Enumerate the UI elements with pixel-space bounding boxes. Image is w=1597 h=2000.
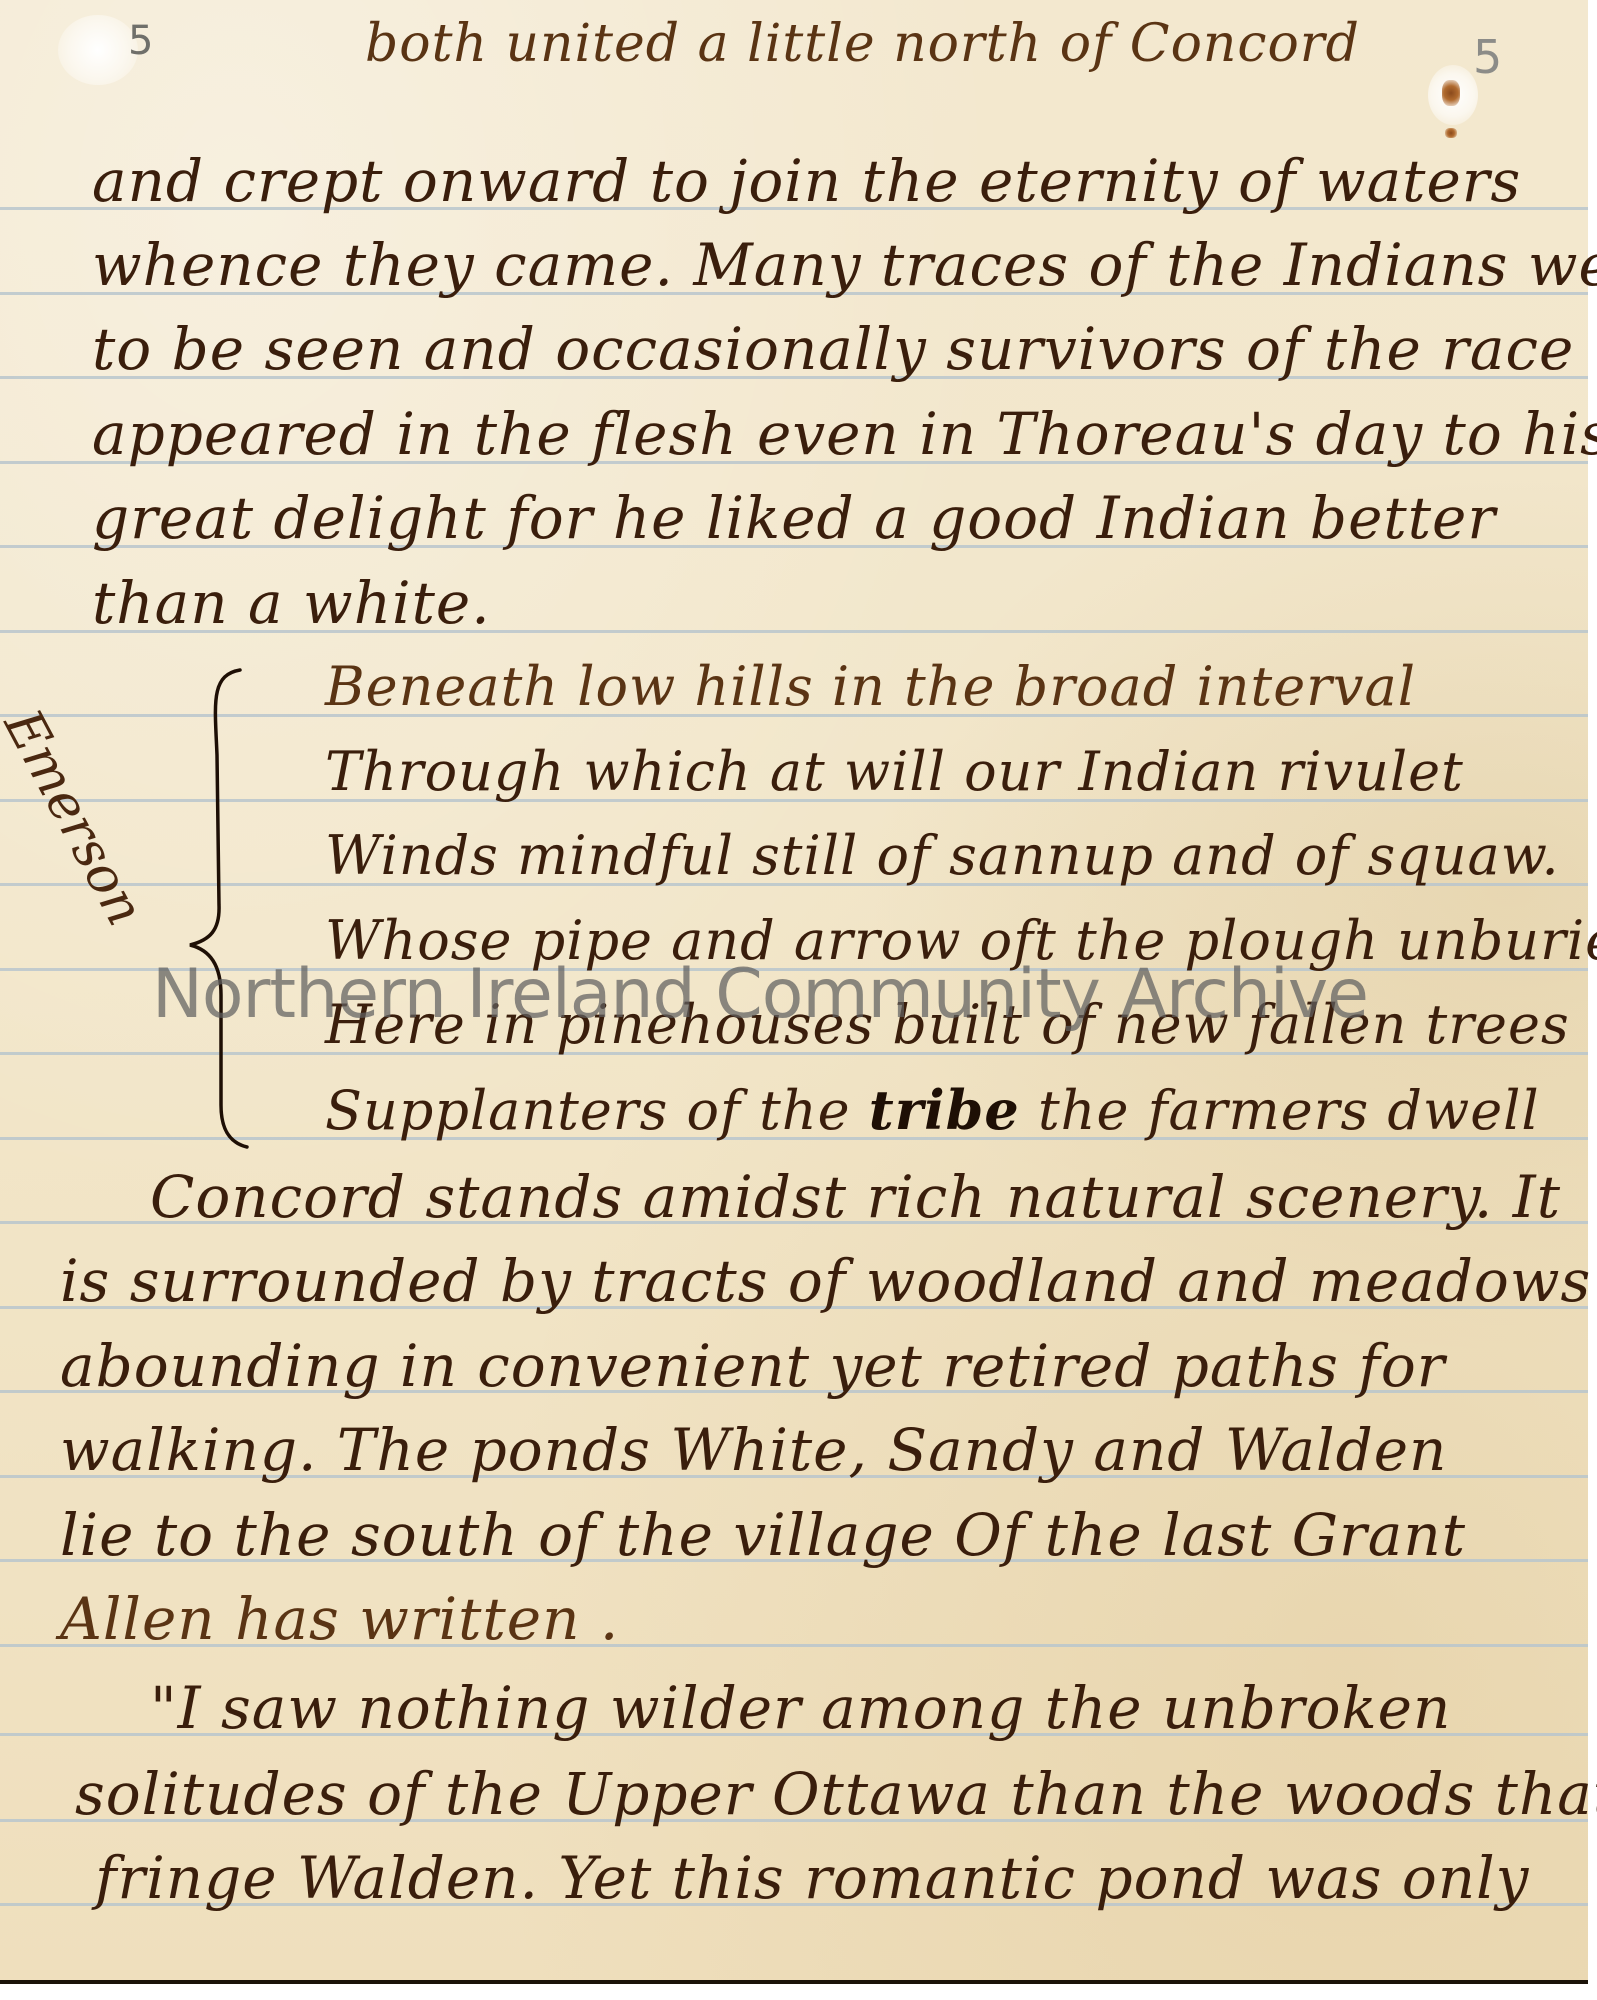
text-line: whence they came. Many traces of the Ind… [92,236,1597,294]
verse-text: Supplanters of the [325,1079,869,1142]
rust-stain [1445,128,1457,138]
text-line: appeared in the flesh even in Thoreau's … [92,405,1597,463]
text-line: than a white. [92,574,491,632]
text-line: Allen has written . [60,1590,619,1648]
rust-stain [1442,80,1460,106]
text-line: and crept onward to join the eternity of… [92,152,1521,210]
text-line: abounding in convenient yet retired path… [60,1337,1446,1395]
verse-line: Winds mindful still of sannup and of squ… [325,829,1560,883]
quote-line: solitudes of the Upper Ottawa than the w… [75,1765,1597,1823]
quote-line: fringe Walden. Yet this romantic pond wa… [95,1849,1529,1907]
verse-text: the farmers dwell [1020,1079,1540,1142]
text-line: walking. The ponds White, Sandy and Wald… [60,1421,1447,1479]
text-line: both united a little north of Concord [365,18,1360,70]
curly-brace-icon [185,665,255,1150]
margin-note-emerson: Emerson [0,700,155,935]
text-line: great delight for he liked a good Indian… [92,489,1496,547]
verse-emphasis-word: tribe [869,1078,1020,1142]
verse-line: Beneath low hills in the broad interval [325,660,1416,714]
page-number-left: 5 [128,18,153,64]
manuscript-page: 5 5 both united a little north of Concor… [0,0,1588,1980]
text-line: Concord stands amidst rich natural scene… [150,1168,1561,1226]
verse-line: Supplanters of the tribe the farmers dwe… [325,1083,1540,1138]
archive-watermark: Northern Ireland Community Archive [152,955,1368,1034]
page-number-right: 5 [1473,30,1502,84]
text-line: is surrounded by tracts of woodland and … [60,1252,1591,1310]
text-line: to be seen and occasionally survivors of… [92,320,1574,378]
quote-line: "I saw nothing wilder among the unbroken [150,1679,1451,1737]
punch-hole-left [58,15,138,85]
text-line: lie to the south of the village Of the l… [60,1506,1466,1564]
verse-line: Through which at will our Indian rivulet [325,745,1464,799]
